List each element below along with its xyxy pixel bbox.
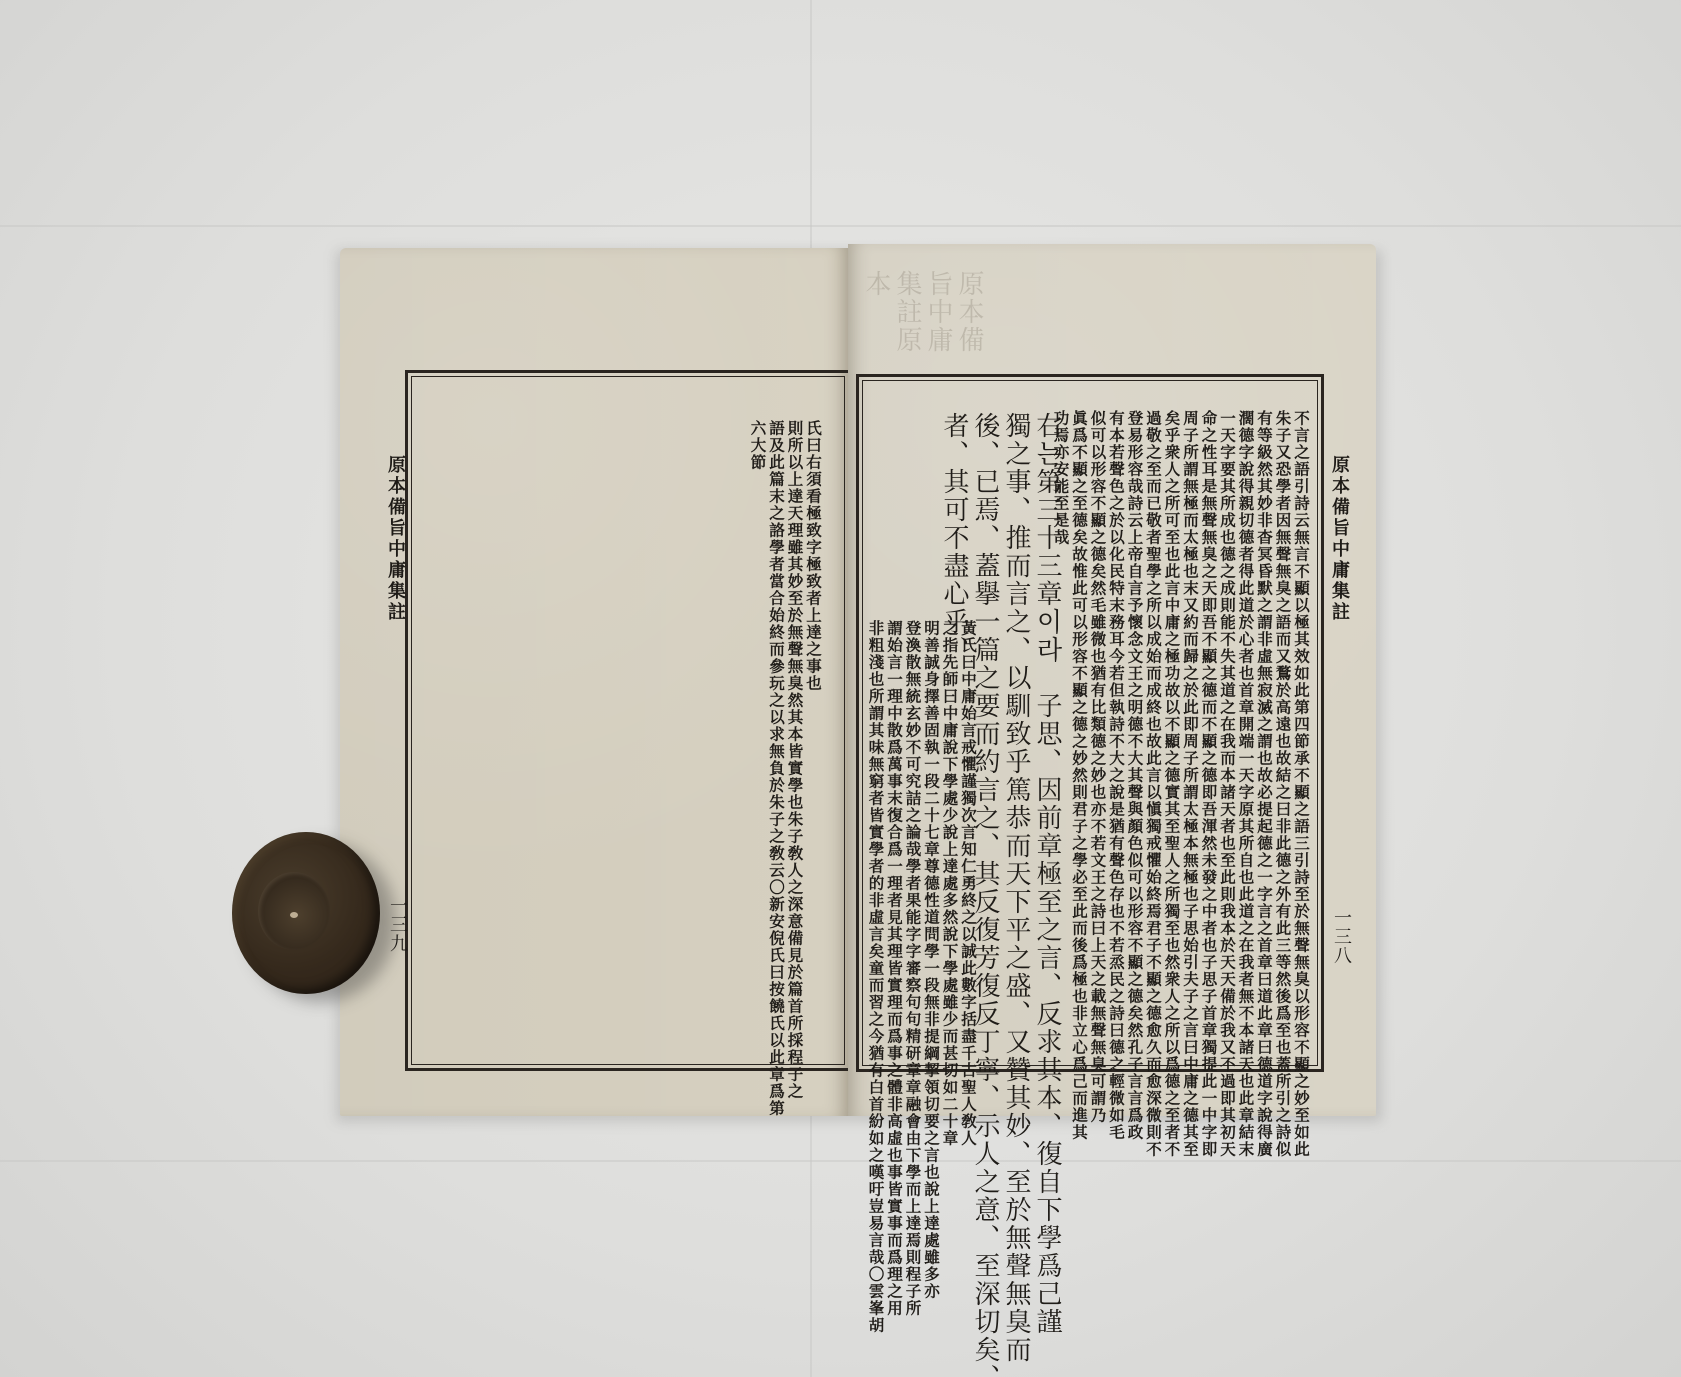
note-column: 一天字要其所成也德之成則能不失其道之在我而本諸天者也至此則我本於天天備於我又不過… [1218, 410, 1237, 1050]
left-running-head: 原本備旨中庸集註 [382, 455, 408, 623]
note-column: 命之性耳是無聲無臭之天即吾不顯之德而不顯之德即吾渾然未發之中者也子思子首章獨提此… [1199, 410, 1218, 1050]
note-column: 謂始言一理中散爲萬事末復合爲一理者見其理皆實理而爲事之體非高虛也事皆實事而爲理之… [885, 620, 904, 1050]
note-column: 非粗淺也所謂其味無窮者皆實學者的非虛言矣童而習之今猶有白首紛如之嘆吁豈易言哉〇雲… [866, 620, 885, 1050]
note-column: 明善誠身擇善固執一段二十七章尊德性道問學一段無非提綱挈領切要之言也說上達處雖多亦 [922, 620, 941, 1050]
note-column: 則所以上達天理雖其妙至於無聲無臭然其本皆實學也朱子敎人之深意備見於篇首所採程子之 [785, 420, 804, 1040]
weight-highlight [290, 912, 298, 918]
main-text-column: 獨之事、推而言之、以馴致乎篤恭而天下平之盛、又贊其妙、至於無聲無臭而 [1000, 412, 1031, 1052]
note-column: 有等級然其妙非杳冥昏默之謂非虛無寂滅之謂也故必提起德之一字言之首章曰道此章曰德道… [1255, 410, 1274, 1050]
note-column: 語及此篇末之詻學者當合始終而參玩之以求無負於朱子之敎云〇新安倪氏曰按饒氏以此章爲… [767, 420, 786, 1040]
note-column: 之指先師曰中庸說下學處少說上達處多然說下學處雖少而甚切如二十章 [940, 620, 959, 1050]
right-page-number: 一三八 [1328, 908, 1354, 965]
right-notes-top-block: 不言之語引詩云無言不顯以極其效如此第四節承不顯之語三引詩至於無聲無臭以形容不顯之… [1040, 410, 1310, 1050]
right-running-head: 原本備旨中庸集註 [1326, 455, 1352, 623]
note-column: 朱子又恐學者因無聲無臭之語而又鶩於高遠也故結之曰非此德之外有此三等然後爲至也蓋所… [1273, 410, 1292, 1050]
note-column: 矣乎衆人之所可至也此言中庸之極功故以不顯之德實其至聖人之所獨至也然衆人之所以爲德… [1162, 410, 1181, 1050]
note-column: 六大節 [748, 420, 767, 1040]
note-column: 有本若聲色之於以化民特末務耳今若但執詩不大之說是猶有聲色存也不若烝民之詩曰德之輕… [1107, 410, 1126, 1050]
note-column: 眞爲不顯之至德矣故惟此可以形容不顯之德之妙然則君子之學必至此而後爲極也非立心爲己… [1070, 410, 1089, 1050]
tablecloth-fold [0, 1160, 1681, 1162]
brass-page-weight[interactable] [232, 832, 384, 1002]
note-column: 黃氏曰中庸始言戒懼謹獨次言知仁勇終之以誠此數字括盡千古聖人敎人 [959, 620, 978, 1050]
note-column: 濶德字說得親切德者得此道於心者也首章開端一天字原其所自也此道之在我者無不本諸天也… [1236, 410, 1255, 1050]
show-through-text: 原本備旨中庸集註原本 [860, 270, 984, 360]
note-column: 氏曰右須看極致字極致者上達之事也 [804, 420, 823, 1040]
right-notes-bottom-block: 黃氏曰中庸始言戒懼謹獨次言知仁勇終之以誠此數字括盡千古聖人敎人 之指先師曰中庸說… [862, 620, 977, 1050]
note-column: 登易形容哉詩云上帝自言予懷念文王之明德不大其聲與顏色似可以形容不顯之德矣然孔子言… [1125, 410, 1144, 1050]
note-column: 周子所謂無極而太極也末又約而歸之於此即周子所謂太極本無極也子思始引夫子之言曰中庸… [1181, 410, 1200, 1050]
weight-knob [258, 872, 330, 950]
tablecloth-fold [0, 225, 1681, 227]
note-column: 過敬之至而已敬者聖學之所以成始而成終也故此言以愼獨戒懼始終焉君子不顯之德愈久而愈… [1144, 410, 1163, 1050]
note-column: 似可以形容不顯之德矣然毛雖微也猶有比類德之妙也亦不若文王之詩曰上天之載無聲無臭可… [1088, 410, 1107, 1050]
note-column: 登渙散無統玄妙不可究詰之論哉學者果能字字審察句句精研章章融會由下學而上達焉則程子… [903, 620, 922, 1050]
main-text-column: 右는第三十三章이라 子思、因前章極至之言、反求其本、復自下學爲己謹 [1031, 412, 1062, 1052]
left-notes-block: 氏曰右須看極致字極致者上達之事也 則所以上達天理雖其妙至於無聲無臭然其本皆實學也… [748, 420, 822, 1040]
note-column: 不言之語引詩云無言不顯以極其效如此第四節承不顯之語三引詩至於無聲無臭以形容不顯之… [1292, 410, 1311, 1050]
